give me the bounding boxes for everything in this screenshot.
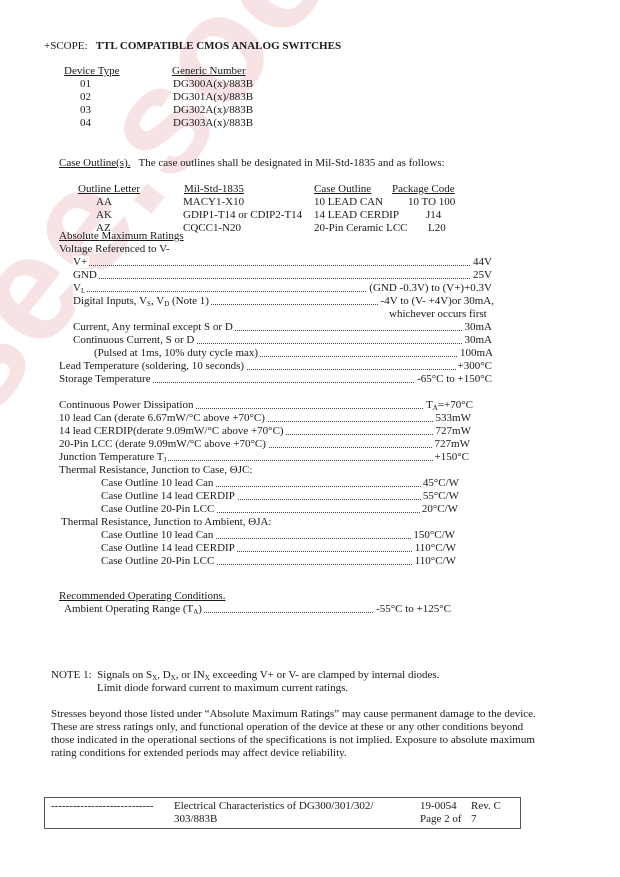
- case-outline-intro: Case Outline(s). The case outlines shall…: [59, 157, 445, 170]
- ambient-operating-range: Ambient Operating Range (TA) -55°C to +1…: [64, 603, 451, 616]
- footer-dashes: ----------------------------: [51, 800, 154, 813]
- device-type-cell: 03: [80, 104, 91, 117]
- power-20-pin-lcc: 20-Pin LCC (derate 9.09mW/°C above +70°C…: [59, 438, 470, 451]
- theta-ja-row: Case Outline 20-Pin LCC110°C/W: [101, 555, 456, 568]
- theta-jc-heading: Thermal Resistance, Junction to Case, ΘJ…: [59, 464, 252, 477]
- theta-jc-row: Case Outline 10 lead Can45°C/W: [101, 477, 459, 490]
- theta-ja-heading: Thermal Resistance, Junction to Ambient,…: [61, 516, 272, 529]
- generic-number-cell: DG302A(x)/883B: [173, 104, 253, 117]
- scope-line: +SCOPE: TTL COMPATIBLE CMOS ANALOG SWITC…: [44, 40, 341, 53]
- note-1: NOTE 1: Signals on SX, DX, or INX exceed…: [51, 669, 439, 682]
- footer-doc-number: 19-0054: [420, 800, 457, 813]
- rating-gnd: GND 25V: [73, 269, 492, 282]
- device-type-cell: 01: [80, 78, 91, 91]
- outline-letter-cell: AA: [96, 196, 112, 209]
- outline-letter-header: Outline Letter: [78, 183, 140, 196]
- case-outline-cell: 20-Pin Ceramic LCC: [314, 222, 408, 235]
- recommended-heading: Recommended Operating Conditions.: [59, 590, 226, 603]
- mil-std-cell: GDIP1-T14 or CDIP2-T14: [183, 209, 302, 222]
- mil-std-cell: MACY1-X10: [183, 196, 244, 209]
- theta-jc-row: Case Outline 14 lead CERDIP55°C/W: [101, 490, 459, 503]
- theta-ja-row: Case Outline 14 lead CERDIP110°C/W: [101, 542, 456, 555]
- case-outline-text: The case outlines shall be designated in…: [139, 157, 445, 169]
- mil-std-cell: CQCC1-N20: [183, 222, 241, 235]
- case-outline-cell: 14 LEAD CERDIP: [314, 209, 399, 222]
- note-1-label: NOTE 1:: [51, 669, 92, 681]
- case-outline-cell: 10 LEAD CAN: [314, 196, 383, 209]
- note-1-line-2: Limit diode forward current to maximum c…: [97, 682, 348, 695]
- footer-title-line-2: 303/883B: [174, 813, 217, 826]
- power-14-lead-cerdip: 14 lead CERDIP(derate 9.09mW/°C above +7…: [59, 425, 471, 438]
- footer-title-line-1: Electrical Characteristics of DG300/301/…: [174, 800, 373, 813]
- rating-digital-inputs: Digital Inputs, VS, VD (Note 1) -4V to (…: [73, 295, 494, 308]
- rating-pulsed: (Pulsed at 1ms, 10% duty cycle max) 100m…: [94, 347, 493, 360]
- footer-rev: Rev. C: [471, 800, 501, 813]
- case-outline-heading: Case Outline(s).: [59, 157, 130, 169]
- junction-temperature: Junction Temperature TJ +150°C: [59, 451, 469, 464]
- package-code-cell: L20: [428, 222, 446, 235]
- rating-current-any: Current, Any terminal except S or D 30mA: [73, 321, 492, 334]
- footer-page-label: Page 2 of: [420, 813, 462, 826]
- case-outline-header: Case Outline: [314, 183, 371, 196]
- mil-std-header: Mil-Std-1835: [184, 183, 244, 196]
- abs-max-heading: Absolute Maximum Ratings: [59, 230, 184, 243]
- theta-jc-row: Case Outline 20-Pin LCC20°C/W: [101, 503, 458, 516]
- rating-lead-temp: Lead Temperature (soldering, 10 seconds)…: [59, 360, 492, 373]
- rating-storage-temp: Storage Temperature -65°C to +150°C: [59, 373, 492, 386]
- footer-total-pages: 7: [471, 813, 477, 826]
- device-type-cell: 02: [80, 91, 91, 104]
- outline-letter-cell: AK: [96, 209, 112, 222]
- rating-continuous-current: Continuous Current, S or D 30mA: [73, 334, 492, 347]
- package-code-cell: 10 TO 100: [408, 196, 455, 209]
- rating-digital-inputs-note: whichever occurs first: [389, 308, 487, 321]
- footer-box: ---------------------------- Electrical …: [44, 797, 521, 829]
- device-type-header: Device Type: [64, 65, 120, 78]
- device-type-cell: 04: [80, 117, 91, 130]
- abs-max-sub: Voltage Referenced to V-: [59, 243, 170, 256]
- theta-ja-row: Case Outline 10 lead Can150°C/W: [101, 529, 455, 542]
- generic-number-cell: DG303A(x)/883B: [173, 117, 253, 130]
- package-code-cell: J14: [426, 209, 441, 222]
- power-continuous: Continuous Power Dissipation TA=+70°C: [59, 399, 473, 412]
- package-code-header: Package Code: [392, 183, 455, 196]
- scope-label: +SCOPE:: [44, 40, 88, 52]
- generic-number-cell: DG301A(x)/883B: [173, 91, 253, 104]
- scope-title: TTL COMPATIBLE CMOS ANALOG SWITCHES: [96, 40, 341, 52]
- rating-vl: VL (GND -0.3V) to (V+)+0.3V: [73, 282, 492, 295]
- rating-vplus: V+ 44V: [73, 256, 492, 269]
- power-10-lead-can: 10 lead Can (derate 6.67mW/°C above +70°…: [59, 412, 471, 425]
- generic-number-header: Generic Number: [172, 65, 246, 78]
- generic-number-cell: DG300A(x)/883B: [173, 78, 253, 91]
